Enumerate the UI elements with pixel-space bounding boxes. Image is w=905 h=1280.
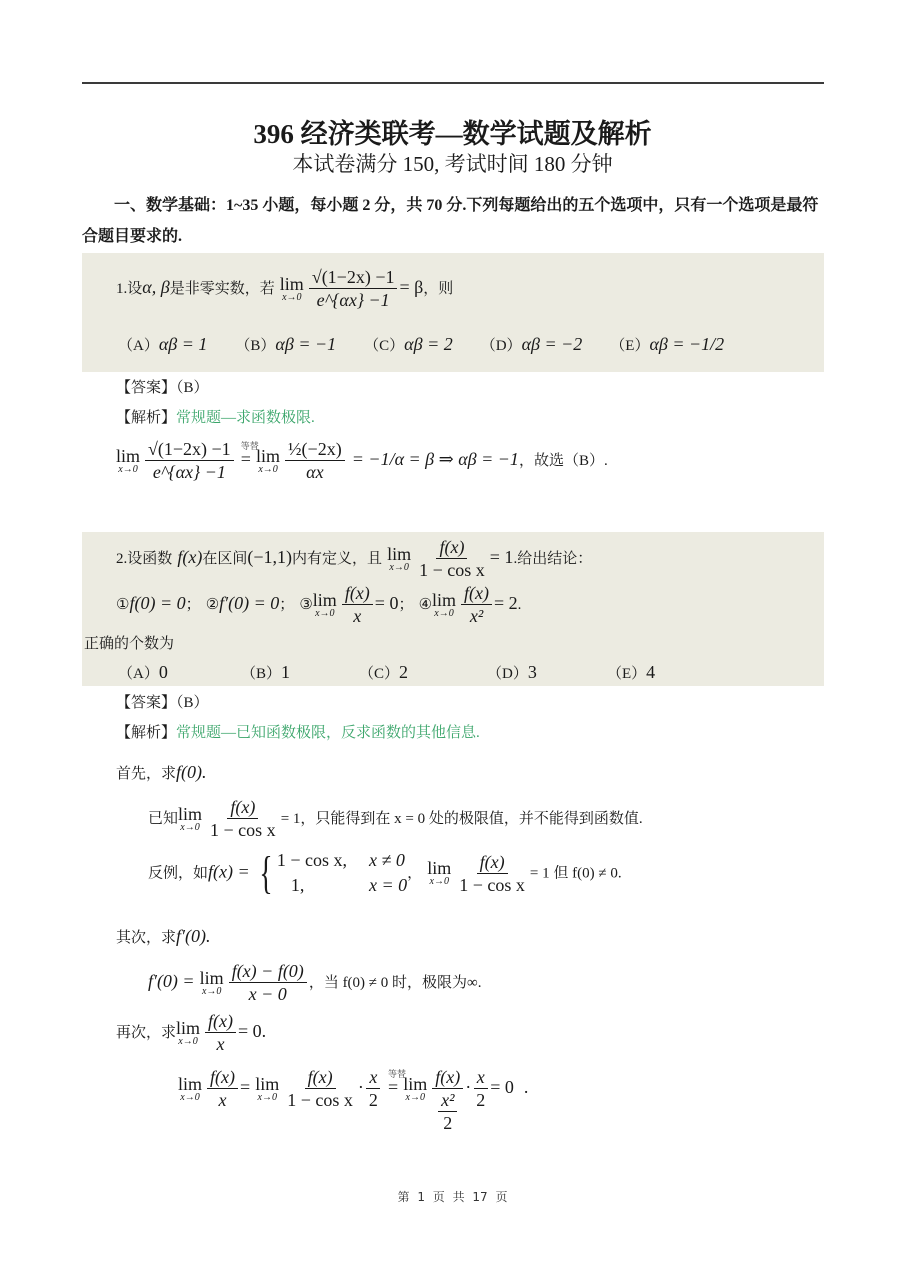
limit-operator: limx→0 (280, 275, 304, 303)
option-e: （E）αβ = −1/2 (610, 334, 724, 355)
step-second: 其次，求f′(0). (116, 926, 210, 947)
question-2-stem: 2.设函数 f(x)在区间(−1,1)内有定义，且 limx→0f(x)1 − … (116, 536, 592, 581)
question-1-analysis: 【解析】常规题—求函数极限. (116, 406, 315, 427)
step-third: 再次，求limx→0f(x)x= 0. (116, 1010, 266, 1055)
option-e: （E）4 (607, 662, 655, 683)
section-instructions: 一、数学基础：1~35 小题，每小题 2 分，共 70 分.下列每题给出的五个选… (82, 190, 824, 252)
option-c: （C）αβ = 2 (364, 334, 453, 355)
option-a: （A）0 (118, 662, 241, 683)
question-2-prompt: 正确的个数为 (84, 632, 174, 653)
analysis-title: 常规题—求函数极限. (176, 410, 315, 426)
page-title: 396 经济类联考—数学试题及解析 (0, 112, 905, 151)
step-counterexample: 反例，如f(x) = { 1 − cos x,x ≠ 0 1,x = 0 ， l… (148, 850, 622, 896)
option-b: （B）αβ = −1 (235, 334, 336, 355)
question-2-options: （A）0 （B）1 （C）2 （D）3 （E）4 (118, 662, 655, 683)
question-1-options: （A）αβ = 1 （B）αβ = −1 （C）αβ = 2 （D）αβ = −… (118, 334, 818, 355)
question-1-solution: limx→0√(1−2x) −1e^{αx} −1 等替= limx→0½(−2… (116, 438, 608, 483)
page-number: 第 1 页 共 17 页 (0, 1188, 905, 1205)
step-known: 已知limx→0f(x)1 − cos x= 1，只能得到在 x = 0 处的极… (148, 796, 643, 841)
question-2-conclusions: ①f(0) = 0； ②f′(0) = 0； ③limx→0f(x)x= 0； … (116, 582, 521, 627)
option-d: （D）3 (487, 662, 607, 683)
question-2-answer: 【答案】（B） (116, 691, 209, 712)
fraction: √(1−2x) −1e^{αx} −1 (309, 266, 398, 311)
header-rule (82, 82, 824, 84)
step-derivative: f′(0) = limx→0f(x) − f(0)x − 0，当 f(0) ≠ … (148, 960, 481, 1005)
option-a: （A）αβ = 1 (118, 334, 207, 355)
step-first: 首先，求f(0). (116, 762, 207, 783)
option-d: （D）αβ = −2 (481, 334, 583, 355)
question-2-analysis: 【解析】常规题—已知函数极限，反求函数的其他信息. (116, 721, 480, 742)
option-b: （B）1 (241, 662, 359, 683)
question-1-stem: 1.设α, β是非零实数，若 limx→0√(1−2x) −1e^{αx} −1… (116, 266, 453, 311)
analysis-title: 常规题—已知函数极限，反求函数的其他信息. (176, 725, 480, 741)
page-subtitle: 本试卷满分 150, 考试时间 180 分钟 (0, 148, 905, 178)
option-c: （C）2 (359, 662, 487, 683)
question-1-answer: 【答案】（B） (116, 376, 209, 397)
step-final: limx→0f(x)x= limx→0f(x)1 − cos x·x2 等替= … (178, 1066, 528, 1134)
